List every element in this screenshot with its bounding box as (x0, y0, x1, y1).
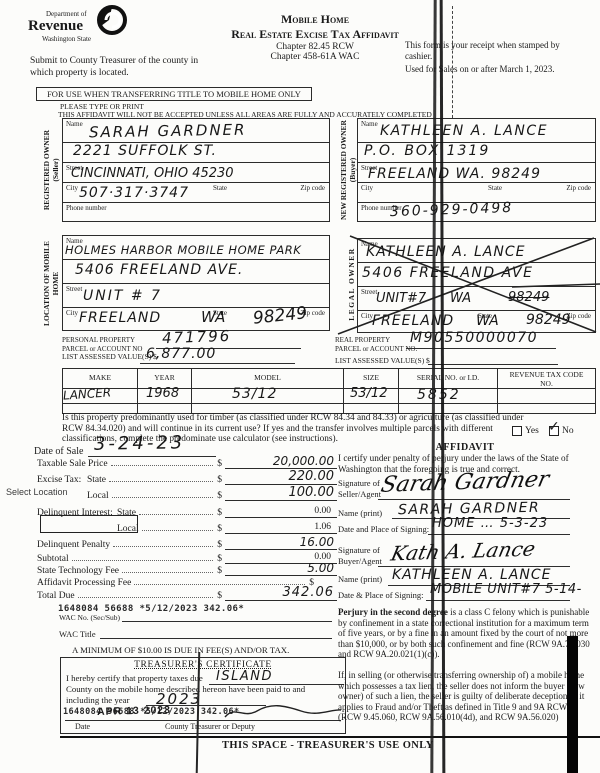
treasurer-signature-rule: Date County Treasurer or Deputy (65, 720, 341, 721)
excise-state-label: State (87, 475, 106, 485)
model-value-cell: 53/12 (192, 389, 344, 404)
legal-address-line2-value: 5406 FREELAND AVE (362, 265, 533, 281)
legal-side-label: LEGAL OWNER (347, 238, 356, 330)
location-address-line2-value: 5406 FREELAND AVE. (75, 262, 243, 278)
location-street-value: UNIT # 7 (83, 288, 162, 304)
treasurer-use-divider (60, 736, 600, 738)
real-property-label-line2: PARCEL or ACCOUNT NO. (335, 345, 417, 354)
seller-name-print-label: Name (print) (338, 508, 382, 518)
affidavit-title: AFFIDAVIT (340, 442, 590, 453)
seller-signature-value: Sarah Gardner (379, 467, 552, 498)
buyer-address-line2-value: P.O. BOX 1319 (364, 143, 490, 159)
revenue-swirl-icon (96, 4, 128, 36)
street-label: Street (66, 285, 82, 293)
mobile-home-description-table: MAKE YEAR MODEL SIZE SERIAL NO. or I.D. … (62, 368, 596, 414)
city-label: City (66, 309, 78, 317)
state-label: State (213, 184, 227, 192)
state-label: State (488, 184, 502, 192)
dor-logo: Department of Revenue Washington State (28, 10, 158, 43)
revenue-code-value-cell (498, 389, 595, 404)
zip-label: Zip code (300, 184, 325, 192)
phone-label: Phone number (66, 204, 107, 212)
certify-line-1-text: I hereby certify that property taxes due (66, 673, 203, 683)
certify-line-1: I hereby certify that property taxes due… (66, 673, 340, 683)
buyer-name-print-value: KATHLEEN A. LANCE (392, 567, 551, 583)
city-label: City (66, 184, 78, 192)
location-side-label: LOCATION OF MOBILE HOME (42, 236, 60, 331)
legal-zip-value: 98249 (526, 312, 571, 328)
empty-cell (344, 404, 399, 413)
delinquent-penalty-amount: 16.00 (225, 537, 337, 550)
delinquent-interest-state-amount: 0.00 (225, 505, 337, 518)
yes-checkbox[interactable] (512, 426, 522, 436)
seller-signature-label-line2: Seller/Agent (338, 489, 381, 500)
size-value-cell: 53/12 (344, 389, 399, 404)
seller-signature-label: Signature of Seller/Agent (338, 478, 381, 499)
tax-lien-paragraph: If, in selling (or otherwise transferrin… (338, 670, 592, 723)
real-parcel-value: M90550000070 (410, 330, 538, 346)
seller-address-line2-value: 2221 SUFFOLK ST. (73, 143, 217, 159)
legal-city-value: FREELAND (372, 313, 454, 329)
no-checkbox-label: No (562, 426, 574, 436)
serial-value: 5852 (417, 387, 461, 403)
seller-side-label: REGISTERED OWNER (Seller) (42, 118, 60, 222)
registered-owner-seller-box: Name SARAH GARDNER 2221 SUFFOLK ST. Stre… (62, 118, 330, 222)
treasurer-signature-squiggle (223, 703, 343, 721)
taxable-sale-price-label: Taxable Sale Price (37, 459, 108, 469)
state-technology-fee-value: 5.00 (307, 561, 334, 575)
county-treasurer-label: County Treasurer or Deputy (165, 722, 255, 731)
affidavit-processing-fee-label: Affidavit Processing Fee (37, 578, 131, 588)
buyer-street-value: FREELAND WA. 98249 (368, 166, 541, 182)
real-assessed-label: LIST ASSESSED VALUE(S) $ (335, 356, 430, 365)
buyer-signature-label-line2: Buyer/Agent (338, 556, 382, 567)
size-value: 53/12 (350, 387, 387, 402)
excise-state-value: 220.00 (289, 469, 335, 484)
seller-date-place-value: HOME … 5-3-23 (432, 516, 548, 531)
legal-street-zip-value: 98249 (508, 290, 549, 305)
buyer-side-label: NEW REGISTERED OWNER (Buyer) (339, 118, 357, 222)
year-value: 1968 (146, 387, 179, 402)
legal-state-value: WA (476, 313, 499, 329)
delinquent-penalty-row: Delinquent Penalty$ 16.00 (37, 537, 337, 550)
excise-local-label: Local (87, 491, 109, 501)
excise-local-amount: 100.00 (225, 488, 337, 501)
total-due-amount: 342.06 (225, 588, 337, 601)
date-label: Date (75, 722, 90, 731)
delinquent-interest-local-amount: 1.06 (225, 521, 337, 534)
legal-street-value: UNIT#7 (376, 291, 426, 306)
sales-note: Used for Sales on or after March 1, 2023… (405, 64, 590, 74)
buyer-date-place-label: Date & Place of Signing: (338, 590, 423, 600)
location-city-value: FREELAND (79, 310, 161, 326)
taxable-sale-price-row: Taxable Sale Price$ 20,000.00 (37, 456, 337, 469)
excise-local-value: 100.00 (289, 485, 335, 500)
seller-street-value: CINCINNATI, OHIO 45230 (71, 166, 234, 181)
delinquent-interest-state-value: 0.00 (314, 506, 331, 516)
use-only-box: FOR USE WHEN TRANSFERRING TITLE TO MOBIL… (36, 87, 312, 101)
excise-tax-state-row: Excise Tax: State$ 220.00 (37, 472, 337, 485)
empty-cell (399, 404, 498, 413)
minimum-fee-note: A MINIMUM OF $10.00 IS DUE IN FEE(S) AND… (72, 645, 289, 655)
revenue-code-header: REVENUE TAX CODE NO. (498, 369, 595, 389)
zip-label: Zip code (566, 184, 591, 192)
receipt-note: This form is your receipt when stamped b… (405, 40, 585, 63)
name-label: Name (361, 120, 378, 128)
mobile-home-location-box: Name HOLMES HARBOR MOBILE HOME PARK 5406… (62, 235, 330, 331)
empty-cell (63, 404, 138, 413)
buyer-signature-label-line1: Signature of (338, 545, 382, 556)
date-of-sale-value: 3-24-23 (94, 432, 186, 455)
real-property-label-line1: REAL PROPERTY (335, 336, 417, 345)
total-due-label: Total Due (37, 591, 75, 601)
form-title-line2: Real Estate Excise Tax Affidavit (200, 27, 430, 42)
serial-header: SERIAL NO. or I.D. (399, 369, 498, 389)
submit-note: Submit to County Treasurer of the county… (30, 55, 200, 80)
new-registered-owner-buyer-box: Name KATHLEEN A. LANCE P.O. BOX 1319 Str… (357, 118, 596, 222)
total-due-value: 342.06 (283, 585, 335, 600)
perjury-lead-text: Perjury in the second degree (338, 607, 448, 617)
personal-assessed-value: 6,877.00 (146, 346, 216, 362)
seller-name-value: SARAH GARDNER (89, 121, 247, 142)
certify-line-2: County on the mobile home described here… (66, 684, 340, 694)
legal-street-state-value: WA (450, 291, 471, 306)
select-location-label[interactable]: Select Location (6, 487, 68, 497)
wac-no-label: WAC No. (Sec/Sub) (59, 613, 120, 622)
serial-value-cell: 5852 (399, 389, 498, 404)
buyer-date-place-value: MOBILE UNIT#7 5-14- (430, 582, 582, 597)
buyer-signature-label: Signature of Buyer/Agent (338, 545, 382, 566)
yes-checkbox-label: Yes (525, 426, 539, 436)
chapter-wac: Chapter 458-61A WAC (200, 52, 430, 62)
excise-tax-local-row: Local$ 100.00 (37, 488, 337, 501)
personal-parcel-value: 471796 (162, 327, 232, 347)
make-value: LANCER (63, 386, 112, 403)
year-value-cell: 1968 (138, 389, 192, 404)
buyer-phone-value: 360-929-0498 (390, 200, 514, 220)
name-label: Name (66, 120, 83, 128)
taxable-sale-price-amount: 20,000.00 (225, 456, 337, 469)
chapter-rcw: Chapter 82.45 RCW (200, 42, 430, 52)
empty-cell (138, 404, 192, 413)
make-value-cell: LANCER (63, 389, 138, 404)
delinquent-interest-local-value: 1.06 (314, 522, 331, 532)
real-property-label: REAL PROPERTY PARCEL or ACCOUNT NO. (335, 336, 417, 354)
empty-cell (192, 404, 344, 413)
certify-line-3: including the year 2023 (66, 695, 340, 705)
date-received-stamp: APR 13 2023 (97, 704, 171, 718)
treasurer-use-only-label: THIS SPACE - TREASURER'S USE ONLY (222, 740, 434, 751)
total-due-row: Total Due$ 342.06 (37, 588, 337, 601)
seller-date-place-label: Date and Place of Signing: (338, 524, 429, 534)
model-value: 53/12 (232, 386, 277, 402)
seller-city-value: 507·317·3747 (79, 185, 189, 201)
location-zip-value: 98249 (252, 303, 308, 329)
empty-cell (498, 404, 595, 413)
street-label: Street (361, 288, 377, 296)
location-name-value: HOLMES HARBOR MOBILE HOME PARK (65, 243, 301, 257)
wac-title-label: WAC Title (59, 629, 96, 639)
delinquent-penalty-label: Delinquent Penalty (37, 540, 110, 550)
select-location-box[interactable] (40, 515, 138, 533)
perjury-paragraph: Perjury in the second degree is a class … (338, 607, 596, 660)
personal-assessed-label: LIST ASSESSED VALUE(S) $ (62, 352, 157, 361)
delinquent-penalty-value: 16.00 (300, 535, 334, 549)
city-label: City (361, 184, 373, 192)
buyer-name-print-label: Name (print) (338, 574, 382, 584)
personal-property-label: PERSONAL PROPERTY PARCEL or ACCOUNT NO (62, 336, 142, 354)
form-title-line1: Mobile Home (200, 12, 430, 27)
logo-revenue-text: Revenue (28, 18, 158, 35)
logo-state-text: Washington State (42, 35, 158, 43)
taxable-sale-price-value: 20,000.00 (273, 454, 334, 468)
excise-tax-group-label: Excise Tax: (37, 475, 87, 485)
treasurer-stamp-row: 1648084 56688 *5/12/2023 342.06* APR 13 … (61, 705, 345, 719)
affidavit-form-page: Department of Revenue Washington State M… (0, 0, 600, 773)
buyer-name-value: KATHLEEN A. LANCE (380, 123, 548, 139)
form-title-block: Mobile Home Real Estate Excise Tax Affid… (200, 12, 430, 62)
treasurers-certificate-title: TREASURER'S CERTIFICATE (61, 660, 345, 670)
buyer-signature-value: Kath A. Lance (389, 537, 538, 566)
legal-name-value: KATHLEEN A. LANCE (366, 244, 525, 260)
seller-signature-label-line1: Signature of (338, 478, 381, 489)
excise-state-amount: 220.00 (225, 472, 337, 485)
location-state-value: WA (201, 308, 225, 326)
legal-owner-box: Name KATHLEEN A. LANCE 5406 FREELAND AVE… (357, 238, 596, 333)
no-checkmark: ✓ (548, 419, 560, 435)
county-value: ISLAND (216, 669, 273, 684)
certify-line-3-text: including the year (66, 695, 130, 705)
personal-property-label-line1: PERSONAL PROPERTY (62, 336, 142, 345)
treasurers-certificate-box: TREASURER'S CERTIFICATE I hereby certify… (60, 657, 346, 734)
